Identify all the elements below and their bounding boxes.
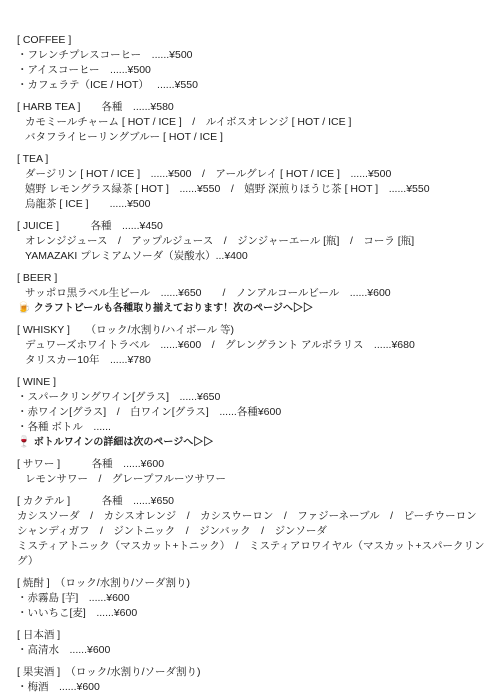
menu-line: サッポロ黒ラベル生ビール ......¥650 / ノンアルコールビール ...…	[17, 286, 487, 301]
menu-section-beer: [ BEER ]サッポロ黒ラベル生ビール ......¥650 / ノンアルコー…	[17, 271, 487, 316]
menu-line: ・いいちこ[麦] ......¥600	[17, 606, 487, 621]
menu-line: オレンジジュース / アップルジュース / ジンジャーエール [瓶] / コーラ…	[17, 234, 487, 249]
menu-section-tea: [ TEA ]ダージリン [ HOT / ICE ] ......¥500 / …	[17, 152, 487, 212]
menu-line: カモミールチャーム [ HOT / ICE ] / ルイボスオレンジ [ HOT…	[17, 115, 487, 130]
wine-glass-icon: 🍷	[17, 436, 31, 448]
craft-beer-note: 🍺クラフトビールも各種取り揃えております！次のページへ▷▷	[17, 301, 487, 316]
menu-line: ・スパークリングワイン[グラス] ......¥650	[17, 390, 487, 405]
menu-line: レモンサワー / グレープフルーツサワー	[17, 472, 487, 487]
menu-line: デュワーズホワイトラベル ......¥600 / グレングラント アルボラリス…	[17, 338, 487, 353]
section-header: [ カクテル ] 各種 ......¥650	[17, 494, 487, 509]
note-text: ボトルワインの詳細は次のページへ▷▷	[34, 437, 214, 448]
menu-section-whisky: [ WHISKY ] （ロック/水割り/ハイボール 等)デュワーズホワイトラベル…	[17, 323, 487, 368]
menu-line: YAMAZAKI プレミアムソーダ（炭酸水）...¥400	[17, 249, 487, 264]
menu-line: ・梅酒 ......¥600	[17, 680, 487, 695]
drink-menu-page: [ COFFEE ]・フレンチプレスコーヒー ......¥500・アイスコーヒ…	[0, 0, 495, 700]
menu-section-kajitsushu: [ 果実酒 ] （ロック/水割り/ソーダ割り)・梅酒 ......¥600	[17, 665, 487, 695]
menu-line: 烏龍茶 [ ICE ] ......¥500	[17, 197, 487, 212]
section-header: [ 果実酒 ] （ロック/水割り/ソーダ割り)	[17, 665, 487, 680]
menu-line: ・フレンチプレスコーヒー ......¥500	[17, 48, 487, 63]
menu-line: ・カフェラテ（ICE / HOT） ......¥550	[17, 78, 487, 93]
menu-section-wine: [ WINE ]・スパークリングワイン[グラス] ......¥650・赤ワイン…	[17, 375, 487, 450]
menu-section-nihonshu: [ 日本酒 ]・高清水 ......¥600	[17, 628, 487, 658]
menu-line: バタフライヒーリングブルー [ HOT / ICE ]	[17, 130, 487, 145]
menu-line: ・アイスコーヒー ......¥500	[17, 63, 487, 78]
menu-line: カシスソーダ / カシスオレンジ / カシスウーロン / ファジーネーブル / …	[17, 509, 487, 524]
menu-section-juice: [ JUICE ] 各種 ......¥450オレンジジュース / アップルジュ…	[17, 219, 487, 264]
menu-section-sour: [ サワー ] 各種 ......¥600レモンサワー / グレープフルーツサワ…	[17, 457, 487, 487]
bottle-wine-note: 🍷ボトルワインの詳細は次のページへ▷▷	[17, 435, 487, 450]
menu-line: ダージリン [ HOT / ICE ] ......¥500 / アールグレイ …	[17, 167, 487, 182]
menu-section-harb-tea: [ HARB TEA ] 各種 ......¥580カモミールチャーム [ HO…	[17, 100, 487, 145]
section-header: [ JUICE ] 各種 ......¥450	[17, 219, 487, 234]
section-header: [ TEA ]	[17, 152, 487, 167]
menu-line: ・高清水 ......¥600	[17, 643, 487, 658]
menu-line: ・赤霧島 [芋] ......¥600	[17, 591, 487, 606]
menu-section-coffee: [ COFFEE ]・フレンチプレスコーヒー ......¥500・アイスコーヒ…	[17, 33, 487, 93]
menu-line: タリスカー10年 ......¥780	[17, 353, 487, 368]
section-header: [ サワー ] 各種 ......¥600	[17, 457, 487, 472]
menu-line: ・赤ワイン[グラス] / 白ワイン[グラス] ......各種¥600	[17, 405, 487, 420]
menu-section-cocktail: [ カクテル ] 各種 ......¥650カシスソーダ / カシスオレンジ /…	[17, 494, 487, 569]
menu-line: シャンディガフ / ジントニック / ジンバック / ジンソーダ	[17, 524, 487, 539]
section-header: [ 日本酒 ]	[17, 628, 487, 643]
section-header: [ WHISKY ] （ロック/水割り/ハイボール 等)	[17, 323, 487, 338]
section-header: [ COFFEE ]	[17, 33, 487, 48]
menu-line: 嬉野 レモングラス緑茶 [ HOT ] ......¥550 / 嬉野 深煎りほ…	[17, 182, 487, 197]
menu-section-shochu: [ 焼酎 ] （ロック/水割り/ソーダ割り)・赤霧島 [芋] ......¥60…	[17, 576, 487, 621]
section-header: [ 焼酎 ] （ロック/水割り/ソーダ割り)	[17, 576, 487, 591]
menu-line: ・各種 ボトル ......	[17, 420, 487, 435]
section-header: [ WINE ]	[17, 375, 487, 390]
note-text: クラフトビールも各種取り揃えております！次のページへ▷▷	[34, 303, 313, 314]
menu-sections: [ COFFEE ]・フレンチプレスコーヒー ......¥500・アイスコーヒ…	[17, 33, 487, 695]
section-header: [ HARB TEA ] 各種 ......¥580	[17, 100, 487, 115]
menu-line: ミスティアトニック（マスカット+トニック） / ミスティアロワイヤル（マスカット…	[17, 539, 487, 569]
section-header: [ BEER ]	[17, 271, 487, 286]
beer-mug-icon: 🍺	[17, 302, 31, 314]
